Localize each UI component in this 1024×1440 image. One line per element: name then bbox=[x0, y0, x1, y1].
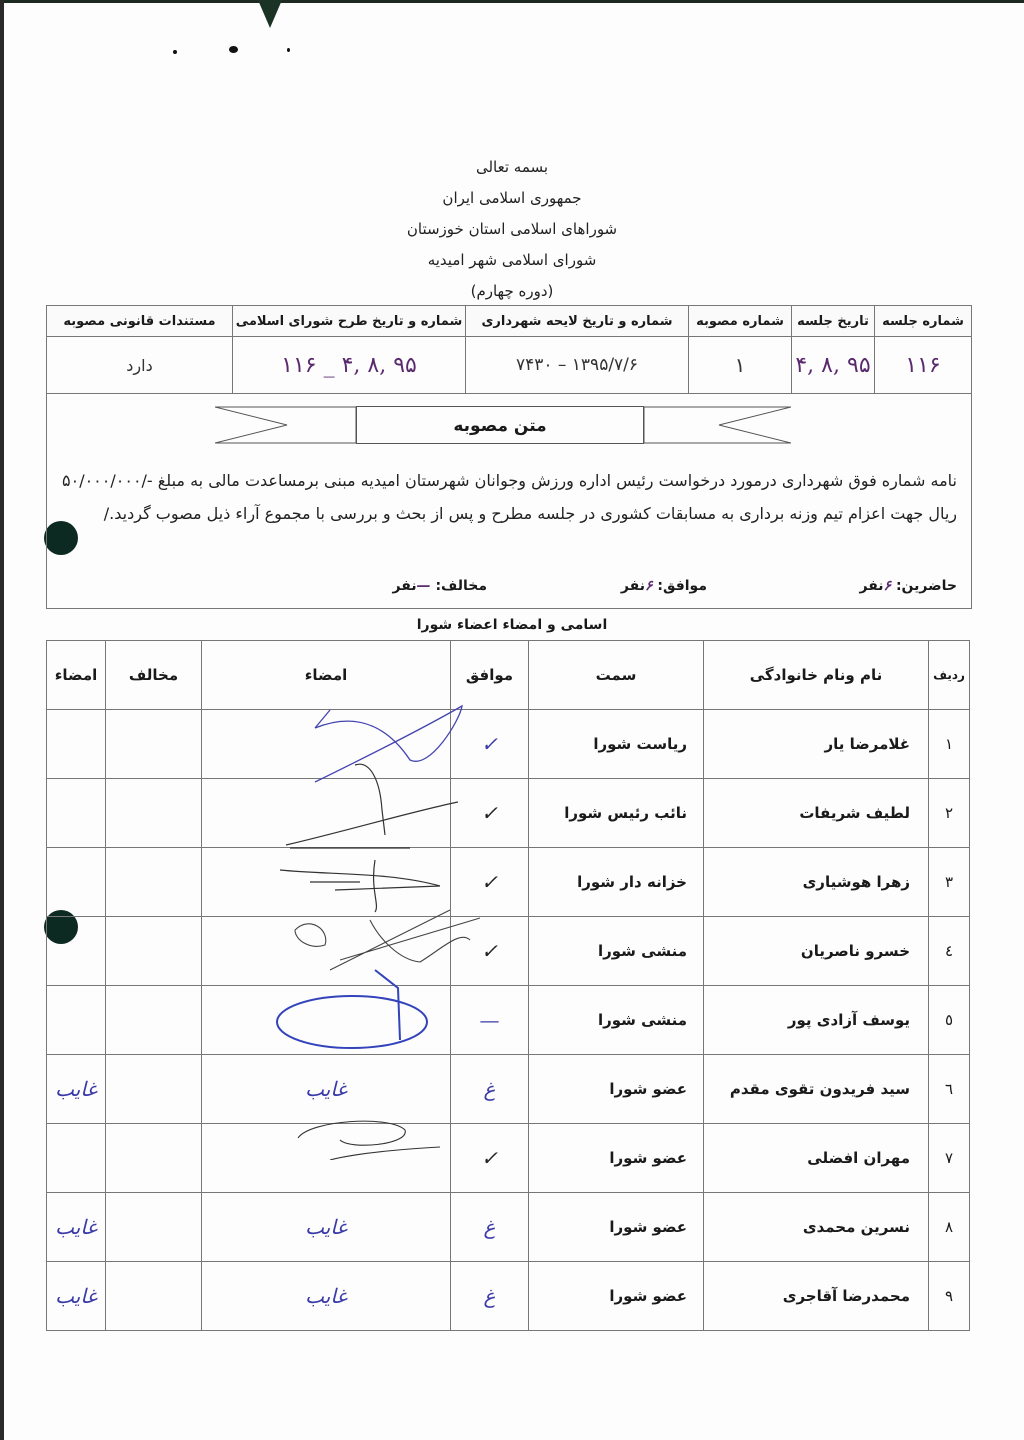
member-signature bbox=[202, 710, 451, 779]
member-number: ۱ bbox=[929, 710, 970, 779]
member-against-mark bbox=[106, 1055, 202, 1124]
member-vote-mark: ✓ bbox=[451, 779, 529, 848]
member-number: ٥ bbox=[929, 986, 970, 1055]
header-row-number: ردیف bbox=[929, 641, 970, 710]
member-row: ۷ مهران افضلی عضو شورا ✓ bbox=[47, 1124, 970, 1193]
resolution-number: ۱ bbox=[689, 337, 792, 394]
member-row: ۱ غلامرضا یار ریاست شورا ✓ bbox=[47, 710, 970, 779]
member-role: نائب رئیس شورا bbox=[529, 779, 704, 848]
legal-basis-value: دارد bbox=[47, 337, 233, 394]
scan-speck bbox=[287, 48, 290, 52]
member-row: ۹ محمدرضا آقاجری عضو شورا غ غایب غایب bbox=[47, 1262, 970, 1331]
members-table-title: اسامی و امضاء اعضاء شورا bbox=[0, 617, 1024, 633]
resolution-body: متن مصوبه نامه شماره فوق شهرداری درمورد … bbox=[46, 390, 972, 609]
meta-value-row: ۱۱۶ ۹۵ ,۸ ,۴ ۱ ۱۳۹۵/۷/۶ – ۷۴۳۰ ۹۵ ,۸ ,۴ … bbox=[47, 337, 972, 394]
member-against-mark bbox=[106, 710, 202, 779]
member-name: غلامرضا یار bbox=[704, 710, 929, 779]
member-name: خسرو ناصریان bbox=[704, 917, 929, 986]
session-number: ۱۱۶ bbox=[875, 337, 972, 394]
member-name: نسرین محمدی bbox=[704, 1193, 929, 1262]
member-vote-mark: غ bbox=[451, 1262, 529, 1331]
member-against-mark bbox=[106, 848, 202, 917]
members-header-row: ردیف نام ونام خانوادگی سمت موافق امضاء م… bbox=[47, 641, 970, 710]
member-vote-mark: ✓ bbox=[451, 848, 529, 917]
member-signature bbox=[202, 986, 451, 1055]
member-signature: غایب bbox=[202, 1055, 451, 1124]
meta-header-legal-basis: مستندات قانونی مصوبه bbox=[47, 306, 233, 337]
meta-header-session-number: شماره جلسه bbox=[875, 306, 972, 337]
meta-header-row: شماره جلسه تاریخ جلسه شماره مصوبه شماره … bbox=[47, 306, 972, 337]
against-count: مخالف: —نفر bbox=[393, 578, 487, 594]
member-role: عضو شورا bbox=[529, 1262, 704, 1331]
member-role: عضو شورا bbox=[529, 1124, 704, 1193]
member-number: ۷ bbox=[929, 1124, 970, 1193]
council-plan-number-date: ۹۵ ,۸ ,۴ _ ۱۱۶ bbox=[233, 337, 466, 394]
member-row: ۳ زهرا هوشیاری خزانه دار شورا ✓ bbox=[47, 848, 970, 917]
member-against-mark bbox=[106, 1193, 202, 1262]
member-against-signature bbox=[47, 917, 106, 986]
member-vote-mark: غ bbox=[451, 1193, 529, 1262]
member-vote-mark: — bbox=[451, 986, 529, 1055]
header-signature-favor: امضاء bbox=[202, 641, 451, 710]
header-against: مخالف bbox=[106, 641, 202, 710]
member-against-mark bbox=[106, 1262, 202, 1331]
member-name: سید فریدون تقوی مقدم bbox=[704, 1055, 929, 1124]
member-against-mark bbox=[106, 917, 202, 986]
resolution-meta-table: شماره جلسه تاریخ جلسه شماره مصوبه شماره … bbox=[46, 305, 972, 394]
meta-header-session-date: تاریخ جلسه bbox=[792, 306, 875, 337]
council-members-table: ردیف نام ونام خانوادگی سمت موافق امضاء م… bbox=[46, 640, 970, 1331]
member-role: منشی شورا bbox=[529, 986, 704, 1055]
member-number: ٦ bbox=[929, 1055, 970, 1124]
member-number: ۸ bbox=[929, 1193, 970, 1262]
member-name: یوسف آزادی پور bbox=[704, 986, 929, 1055]
scan-speck bbox=[229, 46, 238, 53]
member-row: ۲ لطیف شریفات نائب رئیس شورا ✓ bbox=[47, 779, 970, 848]
member-vote-mark: غ bbox=[451, 1055, 529, 1124]
member-signature: غایب bbox=[202, 1262, 451, 1331]
header-signature-against: امضاء bbox=[47, 641, 106, 710]
header-term: (دوره چهارم) bbox=[0, 276, 1024, 307]
member-number: ۳ bbox=[929, 848, 970, 917]
torn-paper-mark bbox=[258, 0, 282, 28]
member-vote-mark: ✓ bbox=[451, 1124, 529, 1193]
meta-header-municipality-bill: شماره و تاریخ لایحه شهرداری bbox=[466, 306, 689, 337]
member-vote-mark: ✓ bbox=[451, 917, 529, 986]
member-against-mark bbox=[106, 779, 202, 848]
banner-title: متن مصوبه bbox=[356, 406, 644, 444]
meta-header-resolution-number: شماره مصوبه bbox=[689, 306, 792, 337]
header-province-council: شوراهای اسلامی استان خوزستان bbox=[0, 214, 1024, 245]
member-row: ٥ یوسف آزادی پور منشی شورا — bbox=[47, 986, 970, 1055]
member-vote-mark: ✓ bbox=[451, 710, 529, 779]
header-invocation: بسمه تعالی bbox=[0, 152, 1024, 183]
member-role: ریاست شورا bbox=[529, 710, 704, 779]
member-name: محمدرضا آقاجری bbox=[704, 1262, 929, 1331]
member-row: ٤ خسرو ناصریان منشی شورا ✓ bbox=[47, 917, 970, 986]
member-role: خزانه دار شورا bbox=[529, 848, 704, 917]
member-signature bbox=[202, 1124, 451, 1193]
member-against-signature: غایب bbox=[47, 1055, 106, 1124]
member-number: ۹ bbox=[929, 1262, 970, 1331]
resolution-banner: متن مصوبه bbox=[215, 406, 791, 444]
in-favor-count: موافق: ۶نفر bbox=[621, 578, 707, 594]
member-against-mark bbox=[106, 1124, 202, 1193]
resolution-text: نامه شماره فوق شهرداری درمورد درخواست رئ… bbox=[62, 464, 957, 530]
meta-header-council-plan: شماره و تاریخ طرح شورای اسلامی bbox=[233, 306, 466, 337]
banner-right-ribbon-icon bbox=[644, 406, 791, 444]
member-row: ۸ نسرین محمدی عضو شورا غ غایب غایب bbox=[47, 1193, 970, 1262]
member-against-mark bbox=[106, 986, 202, 1055]
session-date: ۹۵ ,۸ ,۴ bbox=[792, 337, 875, 394]
member-against-signature bbox=[47, 710, 106, 779]
member-number: ٤ bbox=[929, 917, 970, 986]
member-against-signature bbox=[47, 779, 106, 848]
member-role: منشی شورا bbox=[529, 917, 704, 986]
member-against-signature bbox=[47, 986, 106, 1055]
member-row: ٦ سید فریدون تقوی مقدم عضو شورا غ غایب غ… bbox=[47, 1055, 970, 1124]
scan-edge-top bbox=[0, 0, 1024, 3]
header-country: جمهوری اسلامی ایران bbox=[0, 183, 1024, 214]
banner-left-ribbon-icon bbox=[215, 406, 356, 444]
member-signature bbox=[202, 848, 451, 917]
member-against-signature: غایب bbox=[47, 1193, 106, 1262]
member-name: لطیف شریفات bbox=[704, 779, 929, 848]
member-signature bbox=[202, 917, 451, 986]
member-signature bbox=[202, 779, 451, 848]
member-number: ۲ bbox=[929, 779, 970, 848]
member-role: عضو شورا bbox=[529, 1055, 704, 1124]
member-against-signature bbox=[47, 1124, 106, 1193]
header-in-favor: موافق bbox=[451, 641, 529, 710]
member-role: عضو شورا bbox=[529, 1193, 704, 1262]
scan-speck bbox=[173, 50, 177, 54]
document-header: بسمه تعالی جمهوری اسلامی ایران شوراهای ا… bbox=[0, 152, 1024, 307]
header-city-council: شورای اسلامی شهر امیدیه bbox=[0, 245, 1024, 276]
municipality-bill-number-date: ۱۳۹۵/۷/۶ – ۷۴۳۰ bbox=[466, 337, 689, 394]
header-full-name: نام ونام خانوادگی bbox=[704, 641, 929, 710]
member-name: زهرا هوشیاری bbox=[704, 848, 929, 917]
member-against-signature bbox=[47, 848, 106, 917]
member-name: مهران افضلی bbox=[704, 1124, 929, 1193]
member-against-signature: غایب bbox=[47, 1262, 106, 1331]
member-signature: غایب bbox=[202, 1193, 451, 1262]
header-position: سمت bbox=[529, 641, 704, 710]
present-count: حاضرین: ۶نفر bbox=[860, 578, 958, 594]
